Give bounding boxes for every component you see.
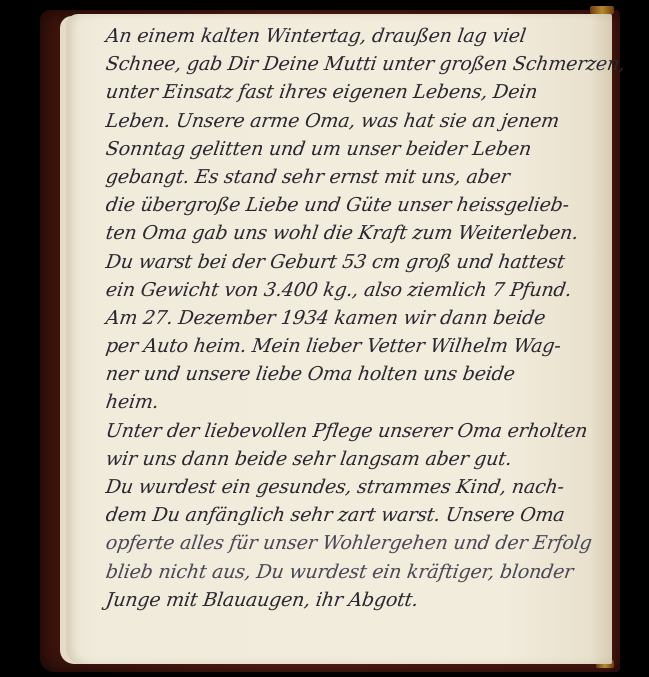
text-line: opferte alles für unser Wohlergehen und …	[104, 529, 608, 557]
text-line: ein Gewicht von 3.400 kg., also ziemlich…	[104, 276, 608, 304]
text-line: per Auto heim. Mein lieber Vetter Wilhel…	[104, 332, 608, 360]
text-line: dem Du anfänglich sehr zart warst. Unser…	[104, 501, 608, 529]
text-line: unter Einsatz fast ihres eigenen Lebens,…	[104, 78, 608, 106]
text-line: ten Oma gab uns wohl die Kraft zum Weite…	[104, 219, 608, 247]
text-line: Leben. Unsere arme Oma, was hat sie an j…	[104, 107, 608, 135]
text-line: die übergroße Liebe und Güte unser heiss…	[104, 191, 608, 219]
text-line: wir uns dann beide sehr langsam aber gut…	[104, 445, 608, 473]
text-line: gebangt. Es stand sehr ernst mit uns, ab…	[104, 163, 608, 191]
gilt-edge-top	[590, 6, 614, 14]
text-line: Sonntag gelitten und um unser beider Leb…	[104, 135, 608, 163]
text-line: heim.	[104, 388, 608, 416]
text-line: Am 27. Dezember 1934 kamen wir dann beid…	[104, 304, 608, 332]
text-line: Du wurdest ein gesundes, strammes Kind, …	[104, 473, 608, 501]
text-line: An einem kalten Wintertag, draußen lag v…	[104, 22, 608, 50]
text-line: ner und unsere liebe Oma holten uns beid…	[104, 360, 608, 388]
text-line: Du warst bei der Geburt 53 cm groß und h…	[104, 248, 608, 276]
text-line: Schnee, gab Dir Deine Mutti unter großen…	[104, 50, 608, 78]
text-line: Unter der liebevollen Pflege unserer Oma…	[104, 417, 608, 445]
text-line: blieb nicht aus, Du wurdest ein kräftige…	[104, 558, 608, 586]
handwritten-text-block: An einem kalten Wintertag, draußen lag v…	[104, 22, 604, 614]
text-line: Junge mit Blauaugen, ihr Abgott.	[104, 586, 608, 614]
